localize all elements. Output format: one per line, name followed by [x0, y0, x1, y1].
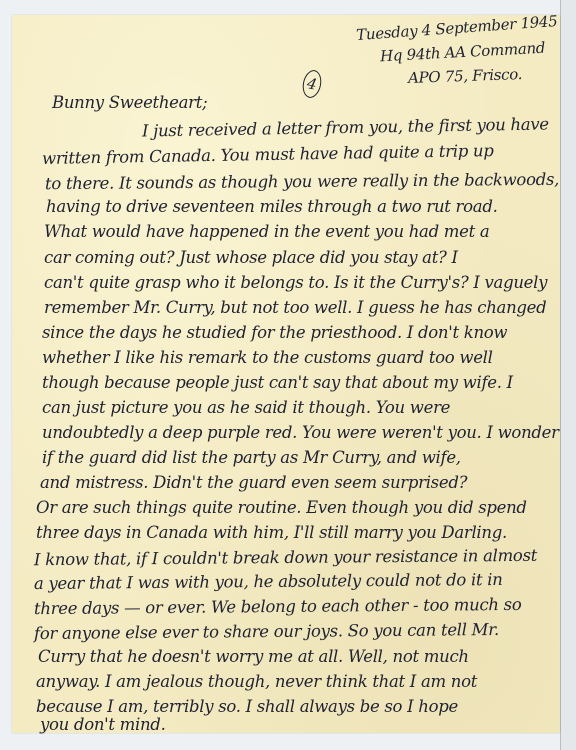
letter-line: can just picture you as he said it thoug… — [42, 398, 450, 417]
letter-line: and mistress. Didn't the guard even seem… — [40, 473, 467, 492]
letter-line: because I am, terribly so. I shall alway… — [36, 697, 458, 716]
letter-line: three days — or ever. We belong to each … — [34, 595, 522, 618]
letter-line: to there. It sounds as though you were r… — [45, 170, 559, 193]
letter-line: anyway. I am jealous though, never think… — [36, 672, 477, 691]
salutation: Bunny Sweetheart; — [52, 93, 207, 112]
letter-line: remember Mr. Curry, but not too well. I … — [44, 298, 546, 317]
letter-line: written from Canada. You must have had q… — [42, 141, 494, 168]
letter-line: though because people just can't say tha… — [42, 373, 513, 392]
page-number: 4 — [300, 68, 323, 99]
letter-line: whether I like his remark to the customs… — [42, 348, 493, 367]
letter-page: Tuesday 4 September 1945 Hq 94th AA Comm… — [12, 15, 560, 733]
letter-unit: Hq 94th AA Command — [380, 39, 546, 66]
letter-address: APO 75, Frisco. — [408, 65, 523, 87]
letter-line: car coming out? Just whose place did you… — [44, 248, 458, 267]
letter-line: What would have happened in the event yo… — [44, 222, 489, 241]
letter-line: Curry that he doesn't worry me at all. W… — [38, 647, 469, 666]
letter-line: a year that I was with you, he absolutel… — [34, 570, 503, 593]
letter-line: since the days he studied for the priest… — [42, 323, 507, 342]
letter-line: can't quite grasp who it belongs to. Is … — [44, 273, 547, 292]
letter-line: undoubtedly a deep purple red. You were … — [42, 423, 559, 442]
letter-line: I just received a letter from you, the f… — [142, 114, 549, 140]
letter-line: three days in Canada with him, I'll stil… — [36, 523, 507, 542]
letter-line: if the guard did list the party as Mr Cu… — [42, 448, 461, 467]
scanner-edge — [560, 0, 576, 750]
letter-line: for anyone else ever to share our joys. … — [34, 620, 499, 643]
letter-line: I know that, if I couldn't break down yo… — [34, 546, 537, 569]
letter-line: you don't mind. — [40, 715, 166, 734]
letter-line: Or are such things quite routine. Even t… — [36, 498, 527, 517]
letter-line: having to drive seventeen miles through … — [46, 197, 498, 216]
